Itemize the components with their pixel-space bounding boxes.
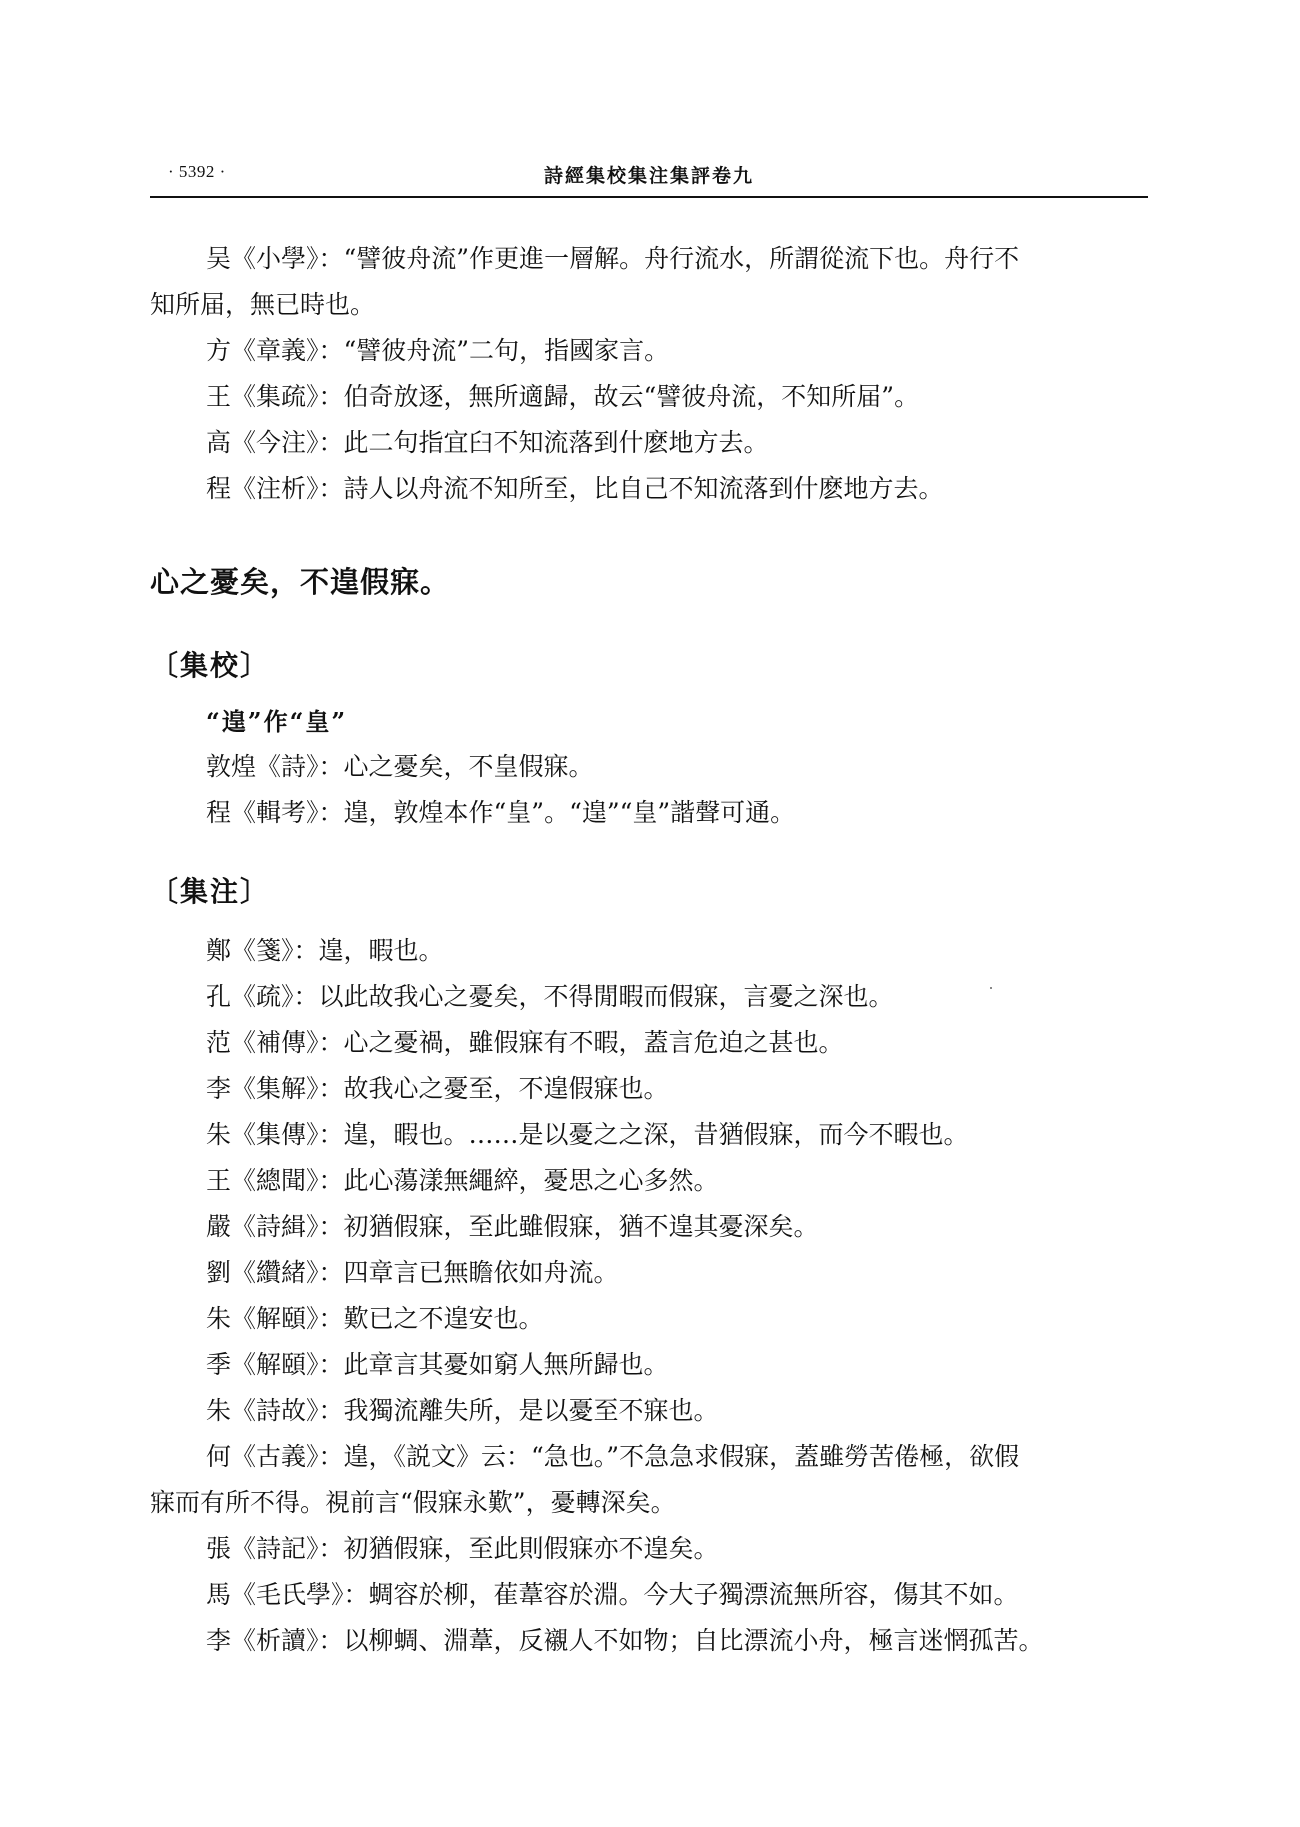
intro-notes: 吴《小學》：“譬彼舟流”作更進一層解。舟行流水，所謂從流下也。舟行不 知所届，無… bbox=[150, 236, 1019, 512]
annotation-entry: 朱《詩故》：我獨流離失所，是以憂至不寐也。 bbox=[150, 1388, 1044, 1434]
scan-speck bbox=[990, 987, 992, 989]
annotation-entry: 李《集解》：故我心之憂至，不遑假寐也。 bbox=[150, 1066, 1044, 1112]
collation-heading: 〔集校〕 bbox=[150, 646, 270, 686]
annotation-entry: 嚴《詩緝》：初猶假寐，至此雖假寐，猶不遑其憂深矣。 bbox=[150, 1204, 1044, 1250]
note-line: 高《今注》：此二句指宜臼不知流落到什麽地方去。 bbox=[150, 420, 1019, 466]
note-line: 程《注析》：詩人以舟流不知所至，比自己不知流落到什麽地方去。 bbox=[150, 466, 1019, 512]
annotation-entry: 季《解頤》：此章言其憂如窮人無所歸也。 bbox=[150, 1342, 1044, 1388]
note-line: 王《集疏》：伯奇放逐，無所適歸，故云“譬彼舟流，不知所届”。 bbox=[150, 374, 1019, 420]
collation-entry: 程《輯考》：遑，敦煌本作“皇”。“遑”“皇”諧聲可通。 bbox=[150, 790, 795, 836]
annotations-heading: 〔集注〕 bbox=[150, 872, 270, 912]
annotation-entry: 何《古義》：遑，《説文》云：“急也。”不急急求假寐，蓋雖勞苦倦極，欲假 bbox=[150, 1434, 1044, 1480]
annotation-entry: 朱《解頤》：歎已之不遑安也。 bbox=[150, 1296, 1044, 1342]
collation-subheading: “遑”作“皇” bbox=[150, 702, 347, 742]
verse-heading: 心之憂矣，不遑假寐。 bbox=[150, 562, 450, 602]
annotation-entries: 鄭《箋》：遑，暇也。 孔《疏》：以此故我心之憂矣，不得閒暇而假寐，言憂之深也。 … bbox=[150, 928, 1044, 1664]
note-line: 吴《小學》：“譬彼舟流”作更進一層解。舟行流水，所謂從流下也。舟行不 bbox=[150, 236, 1019, 282]
annotation-entry: 王《總聞》：此心蕩漾無繩綷，憂思之心多然。 bbox=[150, 1158, 1044, 1204]
annotation-entry: 張《詩記》：初猶假寐，至此則假寐亦不遑矣。 bbox=[150, 1526, 1044, 1572]
note-continuation: 知所届，無已時也。 bbox=[150, 282, 1019, 328]
annotation-continuation: 寐而有所不得。視前言“假寐永歎”，憂轉深矣。 bbox=[150, 1480, 1044, 1526]
page-header: · 5392 · 詩經集校集注集評卷九 bbox=[150, 158, 1148, 198]
collation-entry: 敦煌《詩》：心之憂矣，不皇假寐。 bbox=[150, 744, 795, 790]
header-rule bbox=[150, 196, 1148, 198]
annotation-entry: 朱《集傳》：遑，暇也。……是以憂之之深，昔猶假寐，而今不暇也。 bbox=[150, 1112, 1044, 1158]
note-line: 方《章義》：“譬彼舟流”二句，指國家言。 bbox=[150, 328, 1019, 374]
annotation-entry: 劉《纘緒》：四章言已無瞻依如舟流。 bbox=[150, 1250, 1044, 1296]
annotation-entry: 孔《疏》：以此故我心之憂矣，不得閒暇而假寐，言憂之深也。 bbox=[150, 974, 1044, 1020]
annotation-entry: 馬《毛氏學》：蜩容於柳，萑葦容於淵。今大子獨漂流無所容，傷其不如。 bbox=[150, 1572, 1044, 1618]
annotation-entry: 李《析讀》：以柳蜩、淵葦，反襯人不如物；自比漂流小舟，極言迷惘孤苦。 bbox=[150, 1618, 1044, 1664]
annotation-entry: 范《補傳》：心之憂禍，雖假寐有不暇，蓋言危迫之甚也。 bbox=[150, 1020, 1044, 1066]
running-title: 詩經集校集注集評卷九 bbox=[150, 161, 1148, 188]
annotation-entry: 鄭《箋》：遑，暇也。 bbox=[150, 928, 1044, 974]
collation-entries: 敦煌《詩》：心之憂矣，不皇假寐。 程《輯考》：遑，敦煌本作“皇”。“遑”“皇”諧… bbox=[150, 744, 795, 836]
